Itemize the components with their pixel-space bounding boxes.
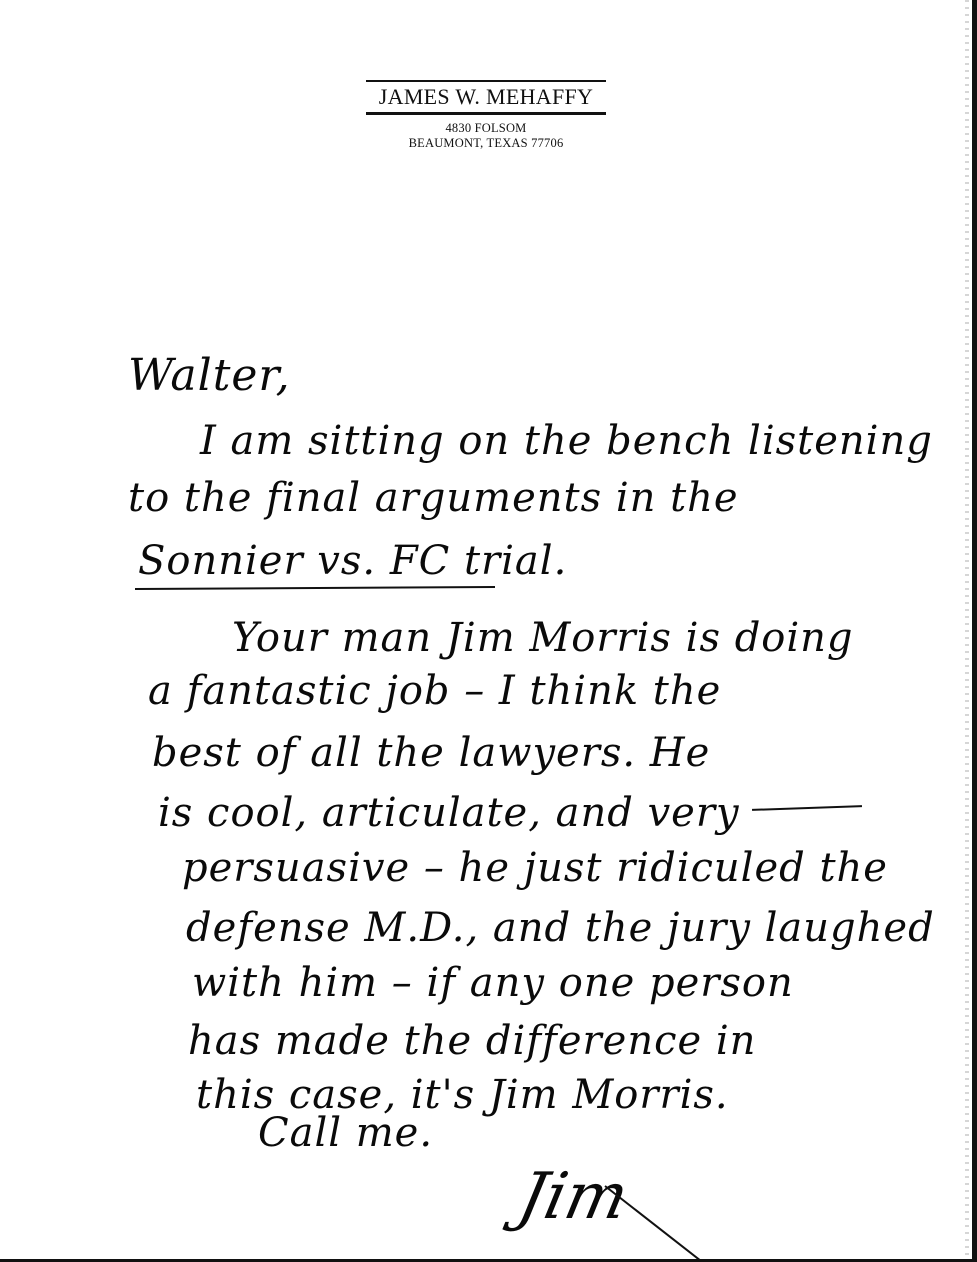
- letterhead-address-line2: BEAUMONT, TEXAS 77706: [366, 136, 606, 151]
- salutation: Walter,: [128, 350, 291, 401]
- case-name-underline: [135, 586, 495, 590]
- letterhead-rule-bottom: [366, 112, 606, 115]
- letter-line: a fantastic job – I think the: [148, 668, 721, 714]
- letter-line: defense M.D., and the jury laughed: [186, 905, 935, 951]
- letter-line: best of all the lawyers. He: [152, 730, 710, 776]
- closing-line: Call me.: [258, 1110, 433, 1156]
- letter-line: persuasive – he just ridiculed the: [182, 845, 888, 891]
- letter-line: is cool, articulate, and very: [158, 790, 740, 836]
- letter-line: to the final arguments in the: [128, 475, 739, 521]
- letterhead-address-line1: 4830 FOLSOM: [366, 121, 606, 136]
- letter-line: I am sitting on the bench listening: [200, 418, 933, 464]
- letterhead: JAMES W. MEHAFFY 4830 FOLSOM BEAUMONT, T…: [366, 80, 606, 151]
- letter-line: Your man Jim Morris is doing: [232, 615, 854, 661]
- letterhead-rule-top: [366, 80, 606, 82]
- scan-noise: [965, 0, 969, 1262]
- letterhead-name: JAMES W. MEHAFFY: [366, 84, 606, 110]
- signature: Jim: [512, 1160, 635, 1234]
- letter-line: has made the difference in: [188, 1018, 756, 1064]
- emphasis-underline: [752, 805, 862, 811]
- scan-edge-right: [972, 0, 977, 1262]
- letter-line: Sonnier vs. FC trial.: [138, 538, 567, 584]
- letter-line: with him – if any one person: [192, 960, 794, 1006]
- letter-page: JAMES W. MEHAFFY 4830 FOLSOM BEAUMONT, T…: [0, 0, 977, 1262]
